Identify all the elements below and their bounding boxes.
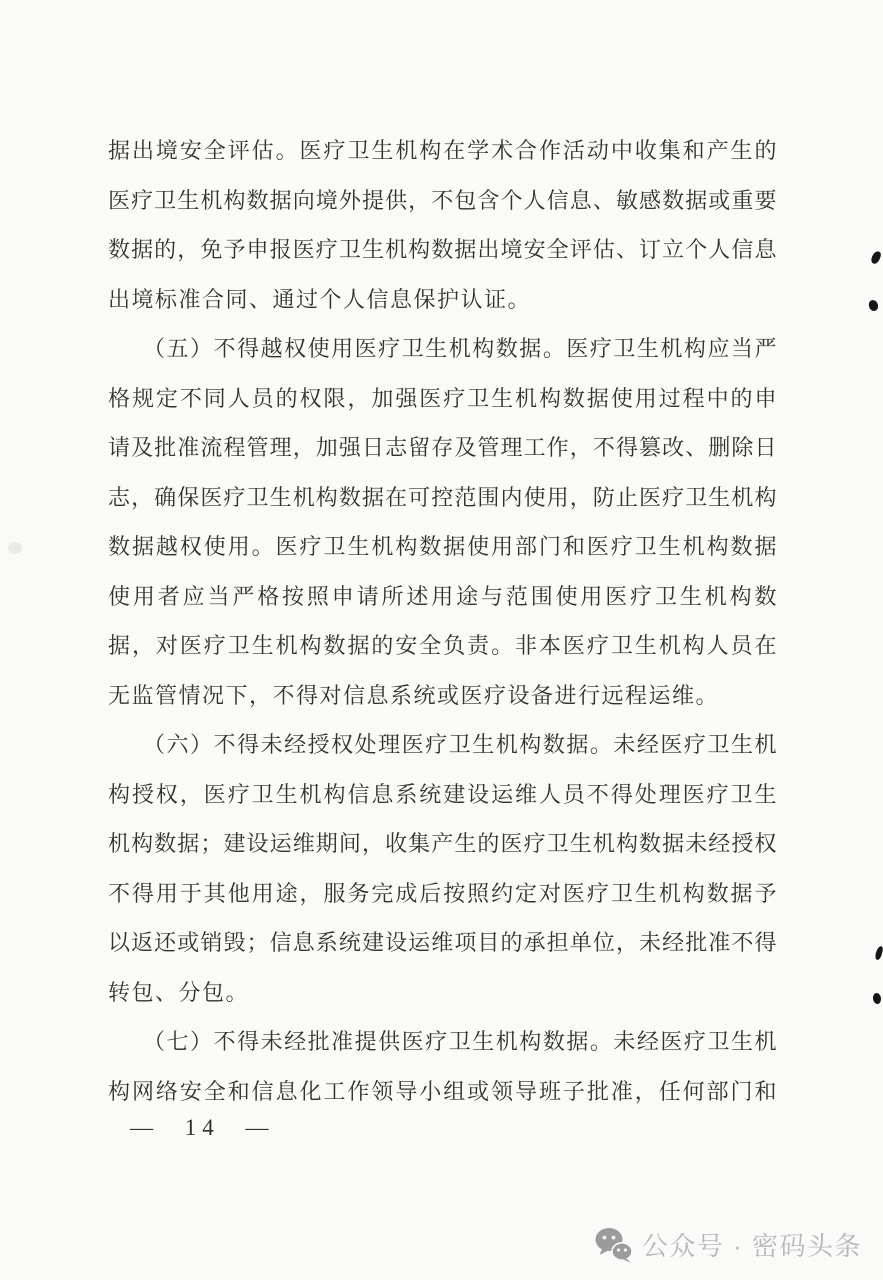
scan-artifact	[870, 250, 882, 265]
text-line: （七）不得未经批准提供医疗卫生机构数据。未经医疗卫生机	[108, 1017, 777, 1067]
text-line: 据，对医疗卫生机构数据的安全负责。非本医疗卫生机构人员在	[108, 621, 777, 671]
text-line: 格规定不同人员的权限，加强医疗卫生机构数据使用过程中的申	[108, 374, 777, 424]
text-line: 无监管情况下，不得对信息系统或医疗设备进行远程运维。	[108, 671, 777, 721]
text-line: 使用者应当严格按照申请所述用途与范围使用医疗卫生机构数	[108, 572, 777, 622]
wechat-icon	[595, 1227, 633, 1263]
text-line: 出境标准合同、通过个人信息保护认证。	[108, 275, 777, 325]
scan-artifact	[874, 945, 883, 960]
text-line: 构授权，医疗卫生机构信息系统建设运维人员不得处理医疗卫生	[108, 770, 777, 820]
text-line: 据出境安全评估。医疗卫生机构在学术合作活动中收集和产生的	[108, 126, 777, 176]
text-line: 不得用于其他用途，服务完成后按照约定对医疗卫生机构数据予	[108, 869, 777, 919]
page-number: — 14 —	[130, 1113, 275, 1143]
text-line: （六）不得未经授权处理医疗卫生机构数据。未经医疗卫生机	[108, 720, 777, 770]
document-page: 据出境安全评估。医疗卫生机构在学术合作活动中收集和产生的 医疗卫生机构数据向境外…	[0, 0, 883, 1280]
text-line: 数据越权使用。医疗卫生机构数据使用部门和医疗卫生机构数据	[108, 522, 777, 572]
text-line: 转包、分包。	[108, 968, 777, 1018]
scan-artifact	[868, 299, 879, 312]
text-line: 志，确保医疗卫生机构数据在可控范围内使用，防止医疗卫生机构	[108, 473, 777, 523]
text-line: 数据的，免予申报医疗卫生机构数据出境安全评估、订立个人信息	[108, 225, 777, 275]
scan-artifact	[8, 542, 22, 554]
document-body: 据出境安全评估。医疗卫生机构在学术合作活动中收集和产生的 医疗卫生机构数据向境外…	[108, 126, 777, 1116]
wechat-account-label: 公众号 · 密码头条	[642, 1226, 862, 1263]
text-line: 请及批准流程管理，加强日志留存及管理工作，不得篡改、删除日	[108, 423, 777, 473]
wechat-footer: 公众号 · 密码头条	[595, 1226, 862, 1263]
text-line: 医疗卫生机构数据向境外提供，不包含个人信息、敏感数据或重要	[108, 176, 777, 226]
text-line: 机构数据；建设运维期间，收集产生的医疗卫生机构数据未经授权	[108, 819, 777, 869]
text-line: （五）不得越权使用医疗卫生机构数据。医疗卫生机构应当严	[108, 324, 777, 374]
scan-artifact	[872, 992, 881, 1004]
text-line: 以返还或销毁；信息系统建设运维项目的承担单位，未经批准不得	[108, 918, 777, 968]
text-line: 构网络安全和信息化工作领导小组或领导班子批准，任何部门和	[108, 1067, 777, 1117]
